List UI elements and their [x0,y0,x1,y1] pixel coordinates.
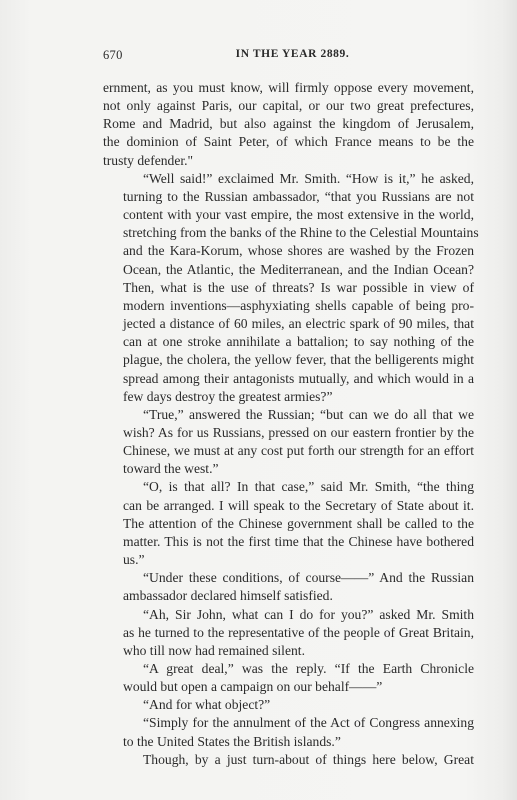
paragraph: “Under these conditions, of course——” An… [103,569,474,605]
text-line: “Well said!” exclaimed Mr. Smith. “How i… [103,170,474,188]
text-line: “A great deal,” was the reply. “If the E… [103,660,474,678]
text-line: stretching from the banks of the Rhine t… [103,224,474,242]
text-line: “Ah, Sir John, what can I do for you?” a… [103,606,474,624]
text-line: ernment, as you must know, will firmly o… [103,79,474,97]
paragraph: “A great deal,” was the reply. “If the E… [103,660,474,696]
text-line: “And for what object?” [103,696,474,714]
text-line: content with your vast empire, the most … [103,206,474,224]
text-line: turning to the Russian ambassador, “that… [103,188,474,206]
paragraph: “True,” answered the Russian; “but can w… [103,406,474,479]
paragraph: “Simply for the annulment of the Act of … [103,714,474,750]
text-line: “Simply for the annulment of the Act of … [103,714,474,732]
text-line: can at one stroke annihilate a battalion… [103,333,474,351]
paragraph: “And for what object?” [103,696,474,714]
text-line: toward the west.” [103,460,474,478]
text-line: trusty defender." [103,152,474,170]
text-line: modern inventions—asphyxiating shells ca… [103,297,474,315]
paragraph: “Well said!” exclaimed Mr. Smith. “How i… [103,170,474,406]
text-line: to the United States the British islands… [103,733,474,751]
text-line: wish? As for us Russians, pressed on our… [103,424,474,442]
text-line: Rome and Madrid, but also against the ki… [103,115,474,133]
text-line: Then, what is the use of threats? Is war… [103,279,474,297]
paragraph: ernment, as you must know, will firmly o… [103,79,474,170]
text-line: spread among their antagonists mutually,… [103,370,474,388]
running-head: 670 IN THE YEAR 2889. [103,48,474,66]
text-line: The attention of the Chinese government … [103,515,474,533]
paragraph: “O, is that all? In that case,” said Mr.… [103,478,474,569]
paragraph: Though, by a just turn-about of things h… [103,751,474,769]
text-line: us.” [103,551,474,569]
book-page: 670 IN THE YEAR 2889. ernment, as you mu… [0,0,517,800]
text-line: would but open a campaign on our behalf—… [103,678,474,696]
text-line: Chinese, we must at any cost put forth o… [103,442,474,460]
text-line: matter. This is not the first time that … [103,533,474,551]
text-line: and the Kara-Korum, whose shores are was… [103,242,474,260]
body-text: ernment, as you must know, will firmly o… [103,79,474,769]
text-line: “True,” answered the Russian; “but can w… [103,406,474,424]
text-line: not only against Paris, our capital, or … [103,97,474,115]
text-line: the dominion of Saint Peter, of which Fr… [103,133,474,151]
text-line: can be arranged. I will speak to the Sec… [103,497,474,515]
text-line: who till now had remained silent. [103,642,474,660]
text-line: ambassador declared himself satisfied. [103,587,474,605]
running-title: IN THE YEAR 2889. [103,48,474,60]
text-line: as he turned to the representative of th… [103,624,474,642]
text-line: few days destroy the greatest armies?” [103,388,474,406]
text-line: plague, the cholera, the yellow fever, t… [103,351,474,369]
paragraph: “Ah, Sir John, what can I do for you?” a… [103,606,474,660]
text-line: “O, is that all? In that case,” said Mr.… [103,478,474,496]
text-line: Though, by a just turn-about of things h… [103,751,474,769]
text-line: Ocean, the Atlantic, the Mediterranean, … [103,261,474,279]
text-line: “Under these conditions, of course——” An… [103,569,474,587]
text-line: jected a distance of 60 miles, an electr… [103,315,474,333]
